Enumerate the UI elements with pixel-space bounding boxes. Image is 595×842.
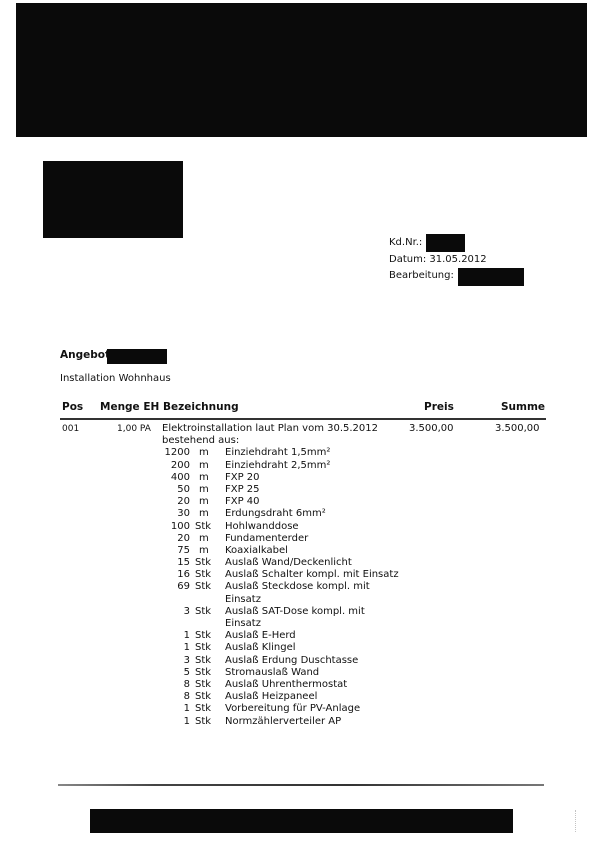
item-description: Erdungsdraht 6mm² — [225, 508, 326, 520]
item-quantity: 8 — [162, 679, 190, 691]
row-unit: PA — [140, 424, 151, 434]
item-quantity: 30 — [162, 508, 190, 520]
item-description: Auslaß Wand/Deckenlicht — [225, 557, 352, 569]
column-header-menge-eh: Menge EH — [100, 401, 159, 413]
list-item: 400mFXP 20 — [162, 472, 402, 484]
item-unit: Stk — [195, 655, 225, 667]
item-description: Einziehdraht 2,5mm² — [225, 460, 330, 472]
list-item: 1200mEinziehdraht 1,5mm² — [162, 447, 402, 459]
document-title: Angebot — [60, 349, 110, 361]
list-item: 1StkVorbereitung für PV-Anlage — [162, 703, 402, 715]
date-label: Datum: — [389, 254, 426, 265]
list-item: 3StkAuslaß SAT-Dose kompl. mit — [162, 606, 402, 618]
row-quantity: 1,00 — [117, 424, 137, 434]
item-description: Koaxialkabel — [225, 545, 288, 557]
item-description: Normzählerverteiler AP — [225, 716, 341, 728]
item-unit: Stk — [195, 606, 225, 618]
item-description-continued: Einsatz — [162, 618, 402, 630]
row-total: 3.500,00 — [495, 423, 540, 434]
item-quantity: 1 — [162, 703, 190, 715]
footer-divider — [58, 784, 544, 786]
item-unit: Stk — [195, 716, 225, 728]
item-quantity: 400 — [162, 472, 190, 484]
list-item: 15StkAuslaß Wand/Deckenlicht — [162, 557, 402, 569]
editor-label: Bearbeitung: — [389, 270, 454, 281]
item-quantity: 100 — [162, 521, 190, 533]
item-description: Hohlwanddose — [225, 521, 299, 533]
redacted-footer — [90, 809, 513, 833]
list-item: 200mEinziehdraht 2,5mm² — [162, 460, 402, 472]
list-item: 1StkAuslaß Klingel — [162, 642, 402, 654]
date-row: Datum: 31.05.2012 — [389, 252, 487, 268]
customer-number-label: Kd.Nr.: — [389, 237, 422, 248]
item-description: Auslaß Klingel — [225, 642, 296, 654]
redacted-customer-number — [426, 234, 465, 252]
list-item: 50mFXP 25 — [162, 484, 402, 496]
item-quantity: 20 — [162, 496, 190, 508]
column-header-preis: Preis — [424, 401, 454, 413]
list-item: 30mErdungsdraht 6mm² — [162, 508, 402, 520]
item-description: FXP 40 — [225, 496, 260, 508]
date-value: 31.05.2012 — [429, 254, 486, 265]
redacted-offer-number — [107, 349, 167, 364]
item-quantity: 1 — [162, 716, 190, 728]
item-unit: Stk — [195, 569, 225, 581]
redacted-editor-name — [458, 268, 524, 286]
item-quantity: 3 — [162, 606, 190, 618]
item-description: Auslaß E-Herd — [225, 630, 296, 642]
item-description: FXP 25 — [225, 484, 260, 496]
item-quantity: 1 — [162, 642, 190, 654]
column-header-bezeichnung: Bezeichnung — [163, 401, 239, 413]
column-header-pos: Pos — [62, 401, 83, 413]
item-unit: Stk — [195, 691, 225, 703]
list-item: 20mFundamenterder — [162, 533, 402, 545]
item-unit: Stk — [195, 679, 225, 691]
editor-row: Bearbeitung: — [389, 268, 454, 284]
item-description: Stromauslaß Wand — [225, 667, 319, 679]
item-description: Einziehdraht 1,5mm² — [225, 447, 330, 459]
list-item: 75mKoaxialkabel — [162, 545, 402, 557]
list-item: 1StkNormzählerverteiler AP — [162, 716, 402, 728]
description-line-2: bestehend aus: — [162, 435, 402, 447]
list-item: 16StkAuslaß Schalter kompl. mit Einsatz — [162, 569, 402, 581]
item-unit: Stk — [195, 642, 225, 654]
item-quantity: 8 — [162, 691, 190, 703]
row-pos: 001 — [62, 424, 79, 434]
row-price: 3.500,00 — [409, 423, 454, 434]
item-quantity: 1 — [162, 630, 190, 642]
item-description-continued: Einsatz — [162, 594, 402, 606]
list-item: 5StkStromauslaß Wand — [162, 667, 402, 679]
column-header-summe: Summe — [501, 401, 545, 413]
item-quantity: 16 — [162, 569, 190, 581]
item-unit: Stk — [195, 703, 225, 715]
item-unit: Stk — [195, 521, 225, 533]
item-quantity: 3 — [162, 655, 190, 667]
list-item: 69StkAuslaß Steckdose kompl. mit — [162, 581, 402, 593]
item-description: Auslaß Erdung Duschtasse — [225, 655, 358, 667]
list-item: 3StkAuslaß Erdung Duschtasse — [162, 655, 402, 667]
item-quantity: 5 — [162, 667, 190, 679]
redacted-recipient-address — [43, 161, 183, 238]
description-line-1: Elektroinstallation laut Plan vom 30.5.2… — [162, 423, 402, 435]
header-divider — [60, 418, 546, 420]
item-quantity: 75 — [162, 545, 190, 557]
item-unit: Stk — [195, 667, 225, 679]
item-quantity: 1200 — [162, 447, 190, 459]
item-unit: Stk — [195, 581, 225, 593]
customer-number-row: Kd.Nr.: — [389, 235, 422, 251]
item-quantity: 69 — [162, 581, 190, 593]
margin-mark — [575, 810, 580, 832]
list-item: 1StkAuslaß E-Herd — [162, 630, 402, 642]
item-quantity: 20 — [162, 533, 190, 545]
item-list: 1200mEinziehdraht 1,5mm²200mEinziehdraht… — [162, 447, 402, 727]
item-description: Vorbereitung für PV-Anlage — [225, 703, 360, 715]
redacted-letterhead — [16, 3, 587, 137]
item-quantity: 15 — [162, 557, 190, 569]
row-menge: 1,00 PA — [117, 424, 151, 434]
list-item: 20mFXP 40 — [162, 496, 402, 508]
item-description: Auslaß Steckdose kompl. mit — [225, 581, 370, 593]
list-item: 8StkAuslaß Uhrenthermostat — [162, 679, 402, 691]
item-quantity: 200 — [162, 460, 190, 472]
list-item: 100StkHohlwanddose — [162, 521, 402, 533]
item-unit: Stk — [195, 557, 225, 569]
item-unit: Stk — [195, 630, 225, 642]
item-description: Auslaß Uhrenthermostat — [225, 679, 347, 691]
document-subtitle: Installation Wohnhaus — [60, 373, 171, 384]
item-description: FXP 20 — [225, 472, 260, 484]
item-description: Auslaß Schalter kompl. mit Einsatz — [225, 569, 399, 581]
item-description: Auslaß Heizpaneel — [225, 691, 317, 703]
item-description: Auslaß SAT-Dose kompl. mit — [225, 606, 365, 618]
list-item: 8StkAuslaß Heizpaneel — [162, 691, 402, 703]
item-description: Fundamenterder — [225, 533, 308, 545]
row-description: Elektroinstallation laut Plan vom 30.5.2… — [162, 423, 402, 728]
item-quantity: 50 — [162, 484, 190, 496]
